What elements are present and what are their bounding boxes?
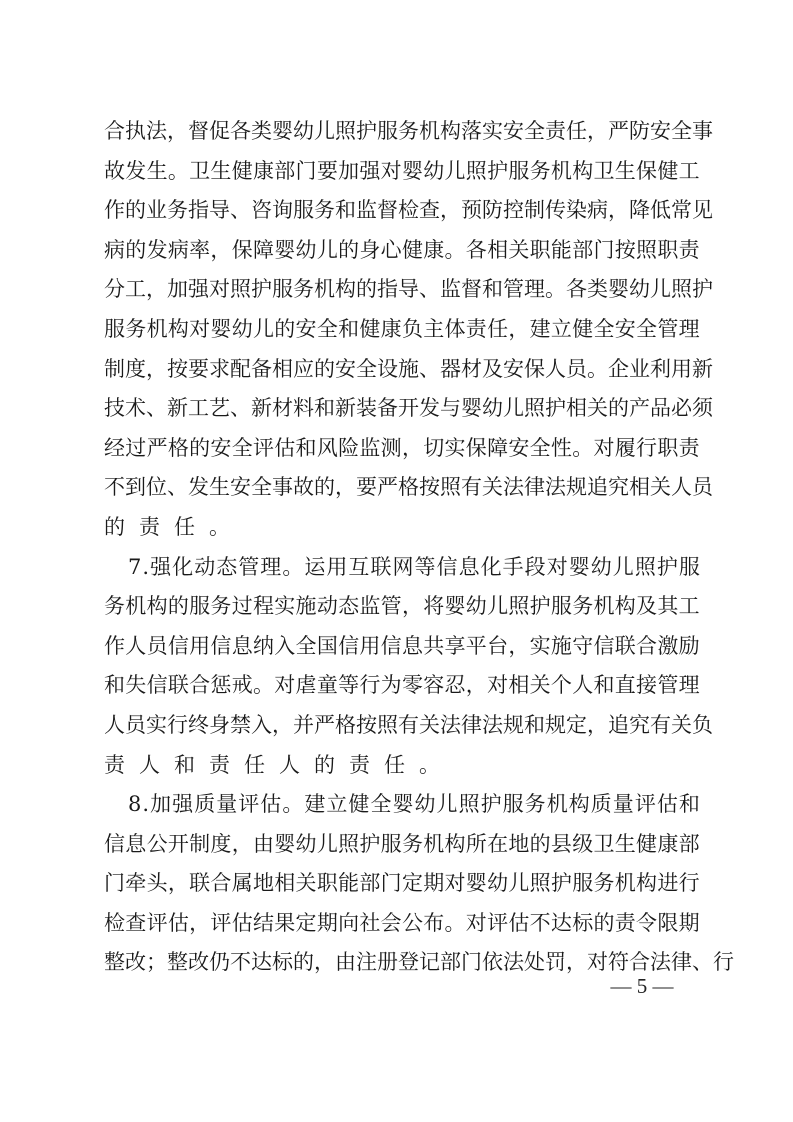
text-line: 作的业务指导、咨询服务和监督检查，预防控制传染病，降低常见 <box>104 191 700 231</box>
text-line: 病的发病率，保障婴幼儿的身心健康。各相关职能部门按照职责 <box>104 231 700 271</box>
text-line: 信息公开制度，由婴幼儿照护服务机构所在地的县级卫生健康部 <box>104 825 700 865</box>
section-heading-line: 8.加强质量评估。建立健全婴幼儿照护服务机构质量评估和 <box>104 785 700 825</box>
text-line: 检查评估，评估结果定期向社会公布。对评估不达标的责令限期 <box>104 904 700 944</box>
page-number: — 5 — <box>600 974 684 999</box>
text-line: 不到位、发生安全事故的，要严格按照有关法律法规追究相关人员 <box>104 468 700 508</box>
text-line: 服务机构对婴幼儿的安全和健康负主体责任，建立健全安全管理 <box>104 310 700 350</box>
text-line: 务机构的服务过程实施动态监管，将婴幼儿照护服务机构及其工 <box>104 587 700 627</box>
text-line: 制度，按要求配备相应的安全设施、器材及安保人员。企业利用新 <box>104 350 700 390</box>
text-line: 人员实行终身禁入，并严格按照有关法律法规和规定，追究有关负 <box>104 706 700 746</box>
text-line: 故发生。卫生健康部门要加强对婴幼儿照护服务机构卫生保健工 <box>104 152 700 192</box>
text-line: 合执法，督促各类婴幼儿照护服务机构落实安全责任，严防安全事 <box>104 112 700 152</box>
section-heading-line: 7.强化动态管理。运用互联网等信息化手段对婴幼儿照护服 <box>104 548 700 588</box>
text-line: 的责任。 <box>104 508 700 548</box>
text-line: 作人员信用信息纳入全国信用信息共享平台，实施守信联合激励 <box>104 627 700 667</box>
text-line: 门牵头，联合属地相关职能部门定期对婴幼儿照护服务机构进行 <box>104 864 700 904</box>
text-line: 分工，加强对照护服务机构的指导、监督和管理。各类婴幼儿照护 <box>104 270 700 310</box>
text-line: 责人和责任人的责任。 <box>104 746 700 786</box>
text-line: 经过严格的安全评估和风险监测，切实保障安全性。对履行职责 <box>104 429 700 469</box>
text-line: 技术、新工艺、新材料和新装备开发与婴幼儿照护相关的产品必须 <box>104 389 700 429</box>
document-page: 合执法，督促各类婴幼儿照护服务机构落实安全责任，严防安全事 故发生。卫生健康部门… <box>0 0 793 1122</box>
body-text: 合执法，督促各类婴幼儿照护服务机构落实安全责任，严防安全事 故发生。卫生健康部门… <box>104 112 700 983</box>
text-line: 和失信联合惩戒。对虐童等行为零容忍，对相关个人和直接管理 <box>104 666 700 706</box>
